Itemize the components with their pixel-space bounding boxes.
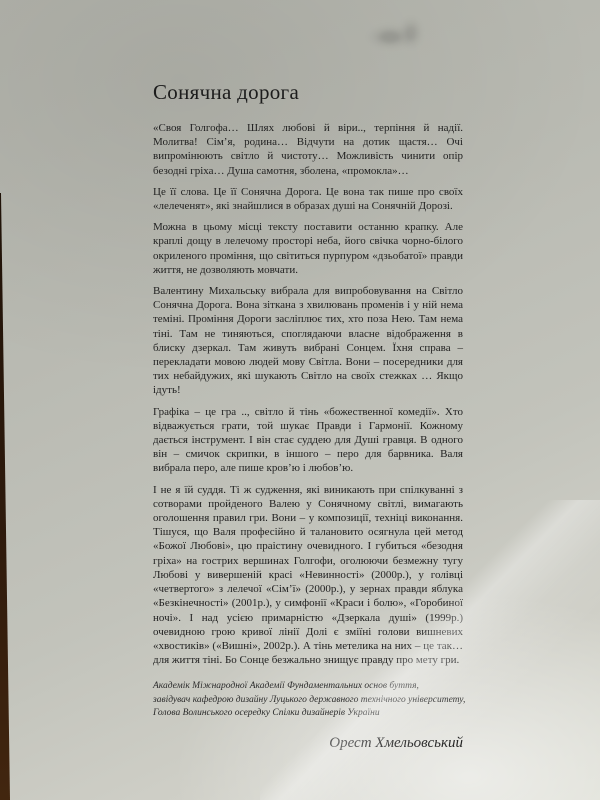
photographed-page: Сонячна дорога «Своя Голгофа… Шлях любов…	[0, 0, 600, 800]
paragraph: Графіка – це гра .., світло й тінь «боже…	[153, 405, 463, 476]
paragraph: Валентину Михальську вибрала для випробо…	[153, 284, 463, 398]
article-body: «Своя Голгофа… Шлях любові й віри.., тер…	[153, 121, 463, 667]
pencil-smudge	[398, 16, 424, 50]
credential-line: завідувач кафедрою дизайну Луцького держ…	[153, 694, 463, 708]
page-content: Сонячна дорога «Своя Голгофа… Шлях любов…	[153, 80, 463, 752]
author-credentials: Академік Міжнародної Академії Фундамента…	[153, 680, 463, 721]
page-title: Сонячна дорога	[153, 80, 463, 105]
credential-line: Академік Міжнародної Академії Фундамента…	[153, 680, 463, 694]
paragraph: Можна в цьому місці тексту поставити ост…	[153, 220, 463, 277]
paragraph: «Своя Голгофа… Шлях любові й віри.., тер…	[153, 121, 463, 178]
paragraph: І не я їй суддя. Ті ж судження, які вини…	[153, 483, 463, 668]
author-signature: Орест Хмельовський	[153, 735, 463, 752]
paragraph: Це її слова. Це її Сонячна Дорога. Це во…	[153, 185, 463, 213]
credential-line: Голова Волинського осередку Спілки дизай…	[153, 707, 463, 721]
table-edge	[0, 193, 10, 800]
